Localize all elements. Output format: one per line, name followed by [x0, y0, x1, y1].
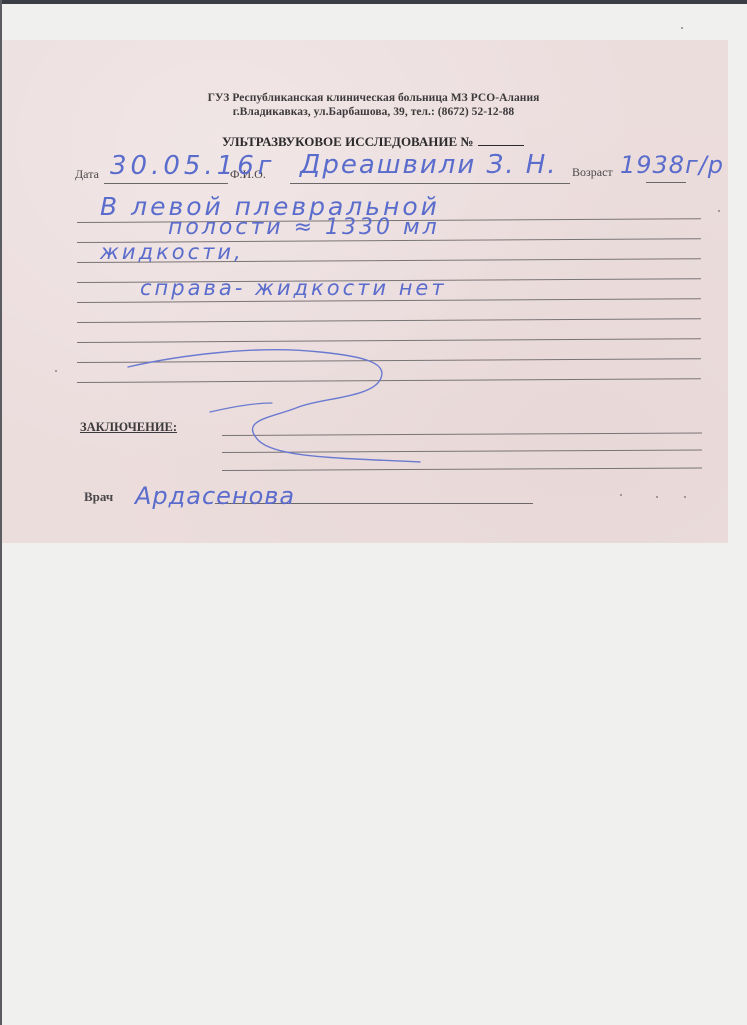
scan-speck	[684, 496, 686, 498]
handwritten-patient-name: Дреашвили З. Н.	[300, 150, 558, 180]
conclusion-label: ЗАКЛЮЧЕНИЕ:	[80, 420, 177, 435]
scan-speck	[55, 370, 57, 372]
scan-speck	[620, 494, 622, 496]
doctor-label: Врач	[84, 489, 113, 505]
handwritten-finding-line: справа- жидкости нет	[140, 276, 447, 300]
scan-speck	[681, 27, 683, 29]
age-label: Возраст	[572, 165, 613, 180]
handwritten-finding-line: полости ≈ 1330 мл	[168, 215, 440, 240]
handwritten-date: 30.05.16г	[110, 151, 275, 181]
organization-address: г.Владикавказ, ул.Барбашова, 39, тел.: (…	[0, 106, 747, 118]
age-field-line	[646, 182, 686, 183]
report-number-blank	[478, 145, 524, 146]
handwritten-finding-line: жидкости,	[100, 240, 244, 264]
handwritten-birth-year: 1938г/р	[620, 151, 724, 179]
report-title: УЛЬТРАЗВУКОВОЕ ИССЛЕДОВАНИЕ №	[222, 134, 524, 150]
name-field-line	[290, 183, 570, 184]
scan-speck	[656, 496, 658, 498]
date-label: Дата	[75, 167, 99, 182]
scan-speck	[718, 210, 720, 212]
organization-name: ГУЗ Республиканская клиническая больница…	[0, 92, 747, 104]
date-field-line	[104, 183, 228, 184]
report-title-text: УЛЬТРАЗВУКОВОЕ ИССЛЕДОВАНИЕ №	[222, 134, 474, 149]
doctor-signature: Ардасенова	[135, 482, 295, 510]
